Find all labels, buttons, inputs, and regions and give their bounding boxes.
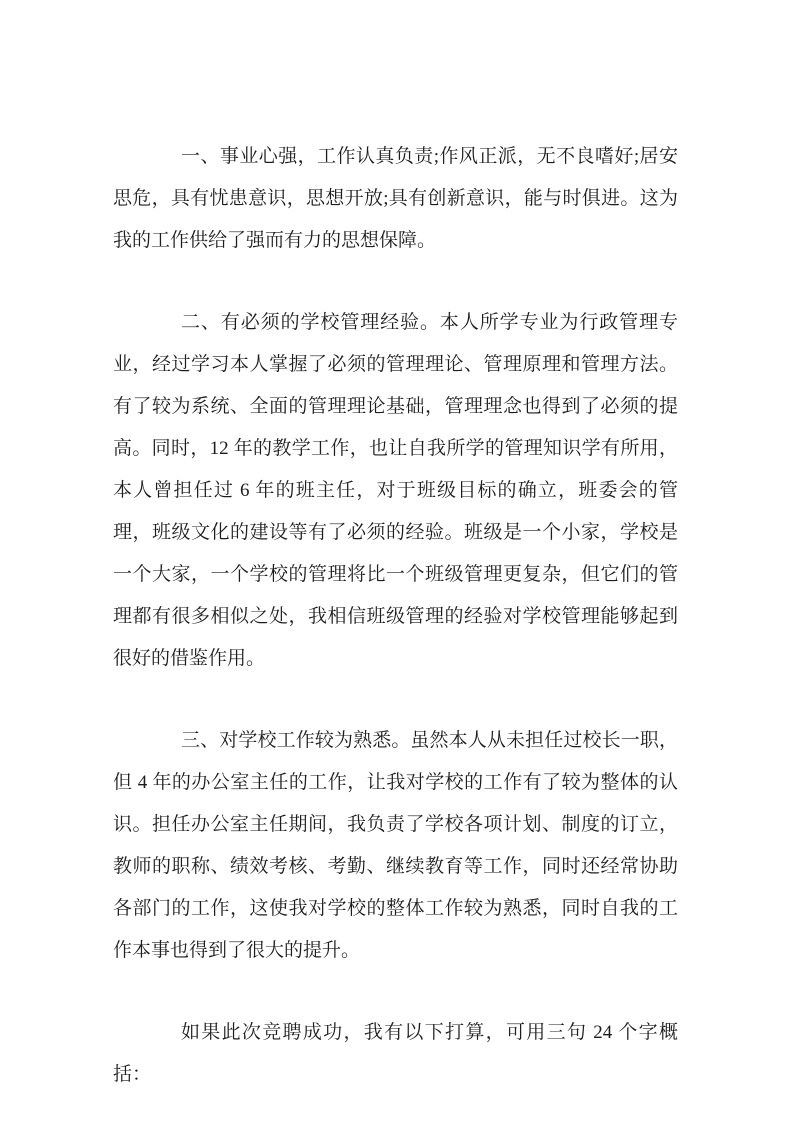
paragraph-school-work-familiarity-3: 三、对学校工作较为熟悉。虽然本人从未担任过校长一职，但 4 年的办公室主任的工作…	[113, 720, 678, 972]
paragraph-self-evaluation-1: 一、事业心强，工作认真负责;作风正派，无不良嗜好;居安思危，具有忧患意识，思想开…	[113, 136, 678, 262]
paragraph-management-experience-2: 二、有必须的学校管理经验。本人所学专业为行政管理专业，经过学习本人掌握了必须的管…	[113, 302, 678, 680]
paragraph-plans-intro-4: 如果此次竞聘成功，我有以下打算，可用三句 24 个字概括：	[113, 1012, 678, 1096]
document-page: 一、事业心强，工作认真负责;作风正派，无不良嗜好;居安思危，具有忧患意识，思想开…	[113, 136, 678, 1096]
